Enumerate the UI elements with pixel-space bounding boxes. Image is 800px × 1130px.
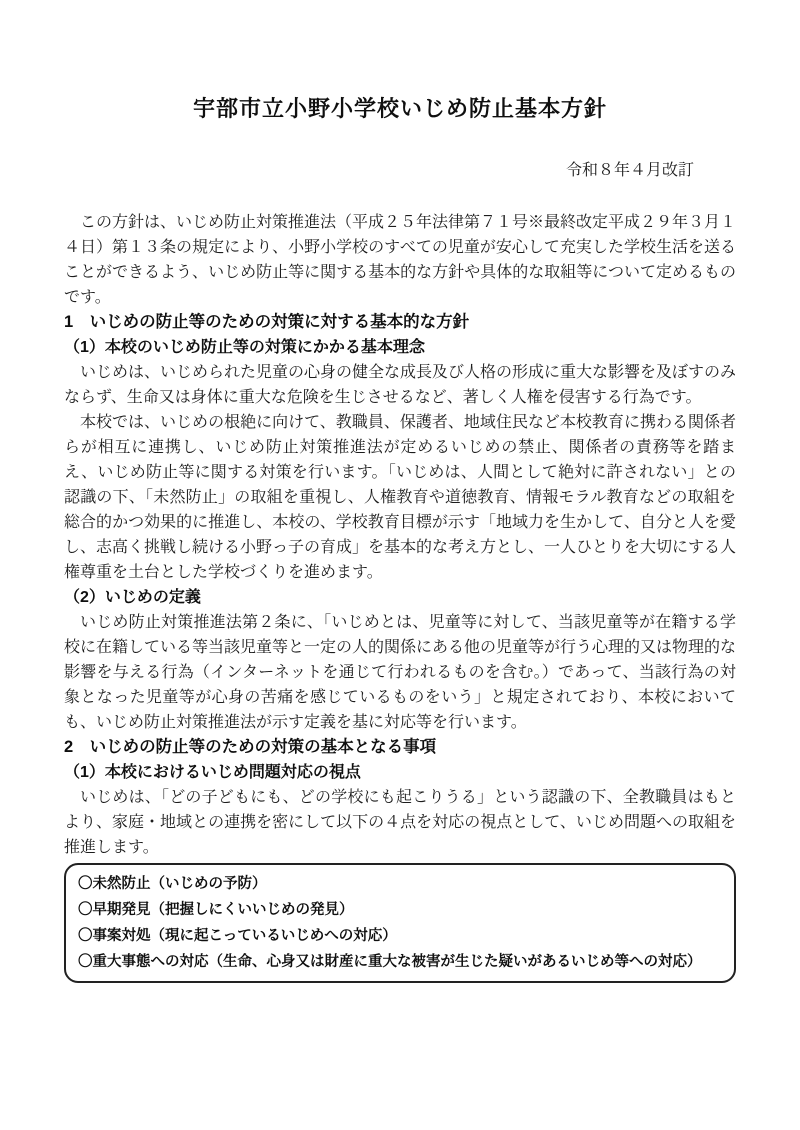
section-2-1-heading: （1）本校におけるいじめ問題対応の視点 <box>64 760 736 785</box>
revision-date: 令和８年４月改訂 <box>64 160 736 182</box>
section-2-1-paragraph-1: いじめは、「どの子どもにも、どの学校にも起こりうる」という認識の下、全教職員はも… <box>64 785 736 860</box>
section-1-heading: 1 いじめの防止等のための対策に対する基本的な方針 <box>64 310 736 335</box>
intro-paragraph: この方針は、いじめ防止対策推進法（平成２５年法律第７１号※最終改定平成２９年３月… <box>64 210 736 310</box>
section-2-heading: 2 いじめの防止等のための対策の基本となる事項 <box>64 735 736 760</box>
viewpoint-item-prevention: 〇未然防止（いじめの予防） <box>78 871 722 897</box>
page-title: 宇部市立小野小学校いじめ防止基本方針 <box>64 96 736 122</box>
document-page: 宇部市立小野小学校いじめ防止基本方針 令和８年４月改訂 この方針は、いじめ防止対… <box>0 0 800 1130</box>
viewpoint-item-serious-incident: 〇重大事態への対応（生命、心身又は財産に重大な被害が生じた疑いがあるいじめ等への… <box>78 949 722 975</box>
section-1-1-paragraph-1: いじめは、いじめられた児童の心身の健全な成長及び人格の形成に重大な影響を及ぼすの… <box>64 360 736 410</box>
section-1-2-heading: （2）いじめの定義 <box>64 585 736 610</box>
section-1-1-paragraph-2: 本校では、いじめの根絶に向けて、教職員、保護者、地域住民など本校教育に携わる関係… <box>64 410 736 585</box>
viewpoint-item-case-handling: 〇事案対処（現に起こっているいじめへの対応） <box>78 923 722 949</box>
section-1-2-paragraph-1: いじめ防止対策推進法第２条に、「いじめとは、児童等に対して、当該児童等が在籍する… <box>64 610 736 735</box>
viewpoint-box: 〇未然防止（いじめの予防） 〇早期発見（把握しにくいいじめの発見） 〇事案対処（… <box>64 863 736 983</box>
viewpoint-item-early-detection: 〇早期発見（把握しにくいいじめの発見） <box>78 897 722 923</box>
section-1-1-heading: （1）本校のいじめ防止等の対策にかかる基本理念 <box>64 335 736 360</box>
